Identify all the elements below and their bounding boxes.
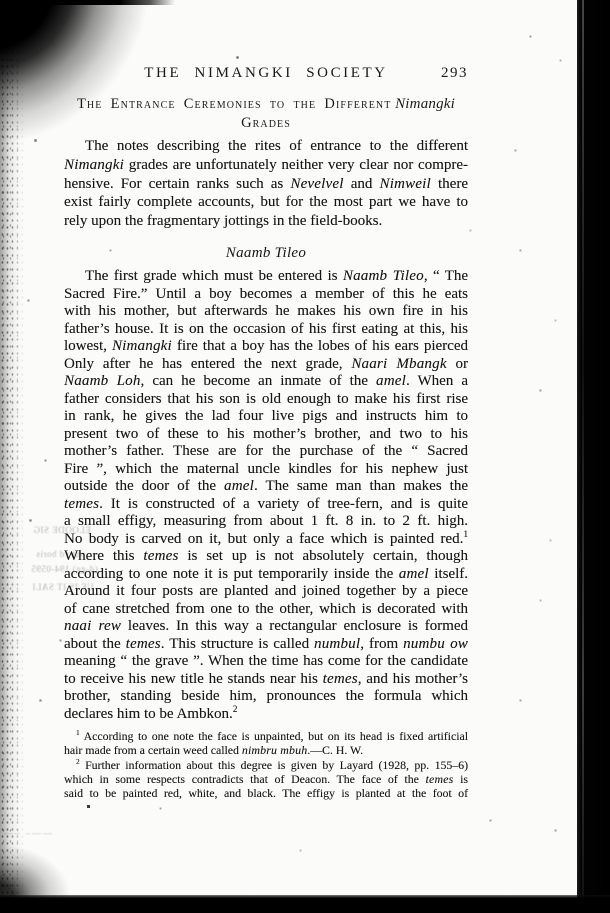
text-line: present two of these to his mother’s bro… xyxy=(64,426,468,444)
text-line: hair made from a certain weed called nim… xyxy=(64,743,468,757)
running-header-title: THE NIMANGKI SOCIETY xyxy=(144,65,387,81)
text-line: to receive his new title he stands near … xyxy=(64,671,468,689)
body-paragraph: The first grade which must be entered is… xyxy=(64,268,468,723)
footnotes-block: 1 According to one note the face is unpa… xyxy=(64,729,468,800)
text-line: meaning “ the grave ”. When the time has… xyxy=(64,653,468,671)
text-line: No body is carved on it, but only a face… xyxy=(64,531,468,549)
text-line: a small effigy, measuring from about 1 f… xyxy=(64,513,468,531)
scan-shadow-top-left-corner xyxy=(0,0,170,190)
text-line: 1 According to one note the face is unpa… xyxy=(64,729,468,743)
text-line: brother, standing beside him, pronounces… xyxy=(64,688,468,706)
text-line: said to be painted red, white, and black… xyxy=(64,786,468,800)
scan-dust-speckles xyxy=(0,0,1,1)
text-line: according to one note it is put temporar… xyxy=(64,566,468,584)
text-line: temes. It is constructed of a variety of… xyxy=(64,496,468,514)
page-number: 293 xyxy=(441,65,468,82)
text-line: in rank, he gives the lad four live pigs… xyxy=(64,408,468,426)
scan-edge-right xyxy=(577,0,610,913)
text-line: lowest, Nimangki fire that a boy has the… xyxy=(64,338,468,356)
text-line: of cane stretched from one to the other,… xyxy=(64,601,468,619)
text-line: Naamb Loh, can he become an inmate of th… xyxy=(64,373,468,391)
text-line: 2 Further information about this degree … xyxy=(64,758,468,772)
text-line: Only after he has entered the next grade… xyxy=(64,356,468,374)
text-line: Where this temes is set up is not absolu… xyxy=(64,548,468,566)
text-line: The first grade which must be entered is… xyxy=(64,268,468,286)
subsection-heading: Naamb Tileo xyxy=(64,245,468,262)
scan-edge-top xyxy=(0,0,175,5)
text-line: father considers that his son is old eno… xyxy=(64,391,468,409)
text-line: which in some respects contradicts that … xyxy=(64,772,468,786)
text-line: mother’s father. These are for the purch… xyxy=(64,443,468,461)
text-line: Fire ”, which the maternal uncle kindles… xyxy=(64,461,468,479)
text-line: outside the door of the amel. The same m… xyxy=(64,478,468,496)
text-line: with his mother, but afterwards he makes… xyxy=(64,303,468,321)
text-line: declares him to be Ambkon.2 xyxy=(64,706,468,724)
bleedthrough-text-fragment: ELOODE SIG xyxy=(33,525,91,535)
text-line: rely upon the fragmentary jottings in th… xyxy=(64,212,468,231)
text-line: Around it four posts are planted and joi… xyxy=(64,583,468,601)
text-line: father’s house. It is on the occasion of… xyxy=(64,321,468,339)
section-heading-italic-term: Nimangki xyxy=(395,96,455,112)
text-line: Sacred Fire.” Until a boy becomes a memb… xyxy=(64,286,468,304)
text-line: about the temes. This structure is calle… xyxy=(64,636,468,654)
bleedthrough-text-fragment: UE IS IT SALI xyxy=(32,582,94,592)
text-line: naai rew leaves. In this way a rectangul… xyxy=(64,618,468,636)
bleedthrough-text-fragment: (d-gg) 194-0595 xyxy=(31,564,98,574)
text-line: exist fairly complete accounts, but for … xyxy=(64,193,468,212)
scan-edge-bottom xyxy=(0,895,610,913)
bleedthrough-text-fragment: odt yd boris xyxy=(36,549,85,559)
